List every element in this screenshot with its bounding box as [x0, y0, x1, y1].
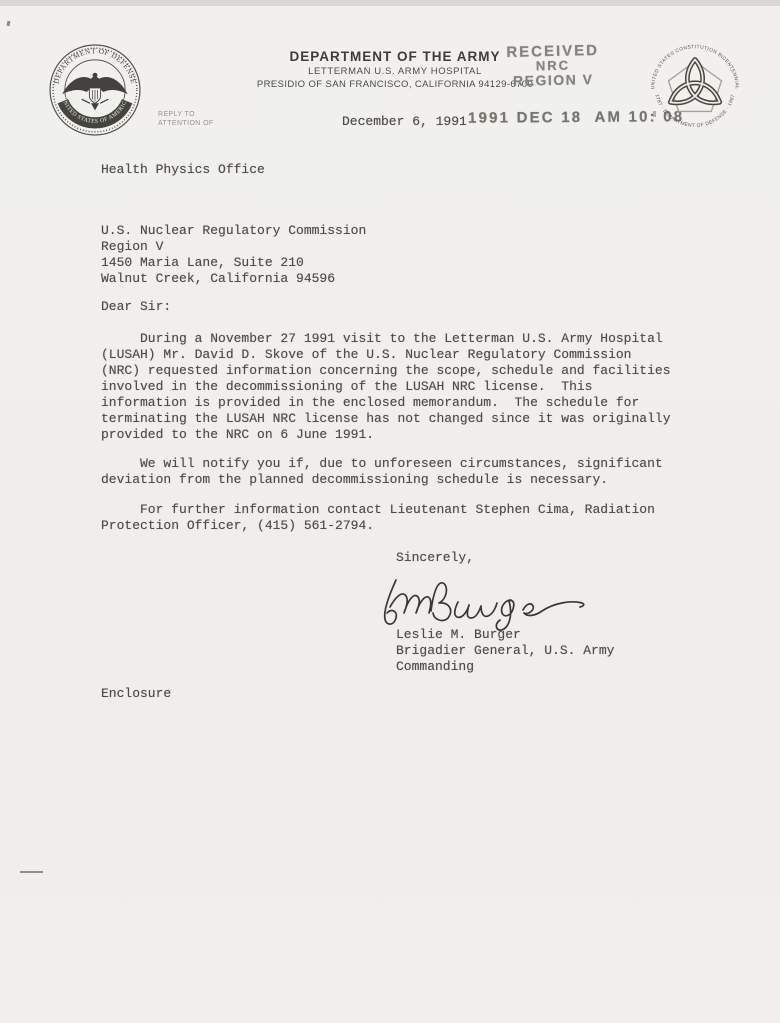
scan-edge-artifact	[0, 0, 780, 6]
recipient-address: U.S. Nuclear Regulatory Commission Regio…	[101, 223, 366, 287]
received-stamp-line3: REGION V	[496, 72, 610, 88]
scanned-letter-page: DEPARTMENT OF DEFENSE UNITED STATES OF A…	[0, 0, 780, 1023]
triquetra-knot-icon	[666, 59, 723, 108]
closing: Sincerely,	[396, 550, 474, 566]
enclosure-line: Enclosure	[101, 686, 171, 702]
body-paragraph-2: We will notify you if, due to unforeseen…	[101, 456, 663, 488]
constitution-bicentennial-seal: UNITED STATES CONSTITUTION BICENTENNIAL …	[644, 38, 746, 140]
signature-block: Leslie M. Burger Brigadier General, U.S.…	[396, 627, 614, 675]
office-line: Health Physics Office	[101, 162, 265, 178]
scan-speck	[7, 21, 11, 27]
body-paragraph-1: During a November 27 1991 visit to the L…	[101, 331, 671, 443]
body-paragraph-3: For further information contact Lieutena…	[101, 502, 655, 534]
received-stamp: RECEIVED NRC REGION V	[496, 44, 611, 88]
salutation: Dear Sir:	[101, 299, 171, 315]
letter-date: December 6, 1991	[342, 114, 467, 130]
reply-to-attention-label: REPLY TO ATTENTION OF	[158, 110, 214, 128]
handwritten-signature	[378, 573, 594, 635]
dod-seal: DEPARTMENT OF DEFENSE UNITED STATES OF A…	[48, 43, 142, 137]
margin-dash-artifact	[20, 871, 43, 873]
eagle-shield-icon	[89, 88, 100, 103]
